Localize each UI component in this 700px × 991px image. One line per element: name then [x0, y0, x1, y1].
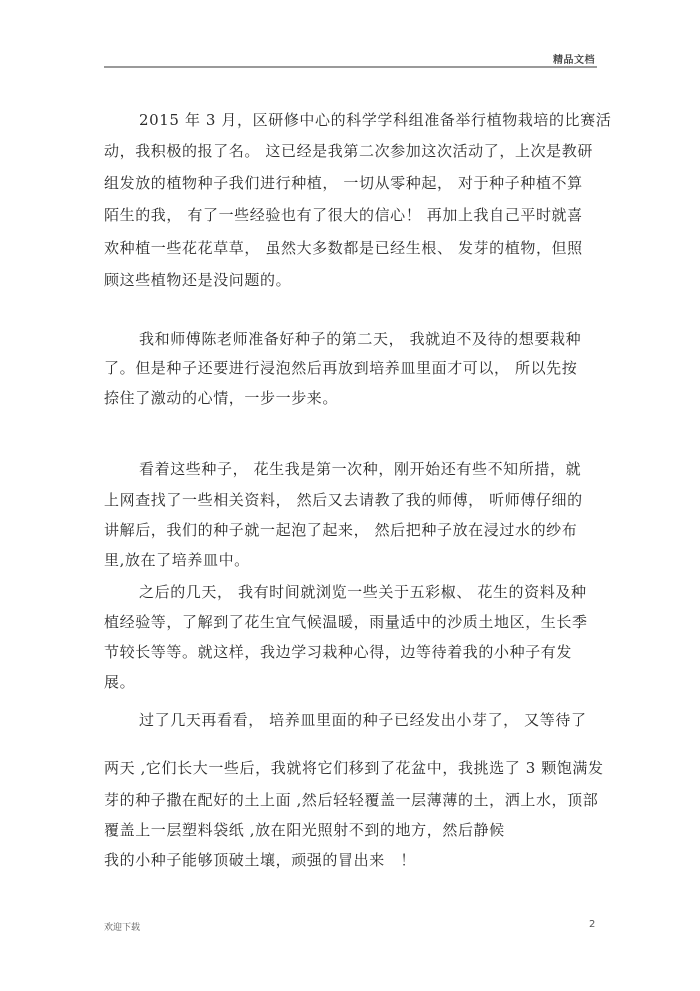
text-line: 里,放在了培养皿中。 [104, 550, 250, 570]
text-line: 覆盖上一层塑料袋纸 ,放在阳光照射不到的地方，然后静候 [104, 820, 505, 840]
header-title: 精品文档 [553, 51, 595, 66]
text-line: 过了几天再看看， 培养皿里面的种子已经发出小芽了， 又等待了 [139, 710, 587, 730]
text-line: 芽的种子撒在配好的土上面 ,然后轻轻覆盖一层薄薄的土，洒上水，顶部 [104, 790, 598, 810]
text-line: 展。 [104, 672, 135, 692]
text-line: 欢种植一些花花草草， 虽然大多数都是已经生根、 发芽的植物，但照 [104, 238, 583, 258]
text-line: 上网查找了一些相关资料， 然后又去请教了我的师傅， 听师傅仔细的 [104, 490, 583, 510]
text-line: 植经验等，了解到了花生宜气候温暖，雨量适中的沙质土地区，生长季 [104, 612, 588, 632]
text-line: 2015 年 3 月，区研修中心的科学学科组准备举行植物栽培的比赛活 [139, 110, 611, 130]
text-line: 陌生的我， 有了一些经验也有了很大的信心！ 再加上我自己平时就喜 [104, 205, 583, 225]
footer-text: 欢迎下载 [104, 920, 140, 933]
text-line: 我和师傅陈老师准备好种子的第二天， 我就迫不及待的想要栽种 [139, 329, 581, 349]
text-line: 我的小种子能够顶破土壤，顽强的冒出来 ！ [104, 850, 416, 870]
text-line: 两天 ,它们长大一些后，我就将它们移到了花盆中，我挑选了 3 颗饱满发 [104, 758, 604, 778]
text-line: 捺住了激动的心情，一步一步来。 [104, 388, 338, 408]
text-line: 节较长等等。就这样，我边学习栽种心得，边等待着我的小种子有发 [104, 642, 572, 662]
header-divider [104, 66, 597, 68]
text-line: 看着这些种子， 花生我是第一次种，刚开始还有些不知所措，就 [139, 459, 581, 479]
text-line: 了。但是种子还要进行浸泡然后再放到培养皿里面才可以， 所以先按 [104, 358, 577, 378]
text-line: 讲解后，我们的种子就一起泡了起来， 然后把种子放在浸过水的纱布 [104, 520, 577, 540]
text-line: 组发放的植物种子我们进行种植， 一切从零种起， 对于种子种植不算 [104, 173, 583, 193]
page-number: 2 [589, 919, 595, 930]
text-line: 之后的几天， 我有时间就浏览一些关于五彩椒、 花生的资料及种 [139, 582, 587, 602]
text-line: 动，我积极的报了名。 这已经是我第二次参加这次活动了，上次是教研 [104, 141, 593, 161]
text-line: 顾这些植物还是没问题的。 [104, 270, 291, 290]
